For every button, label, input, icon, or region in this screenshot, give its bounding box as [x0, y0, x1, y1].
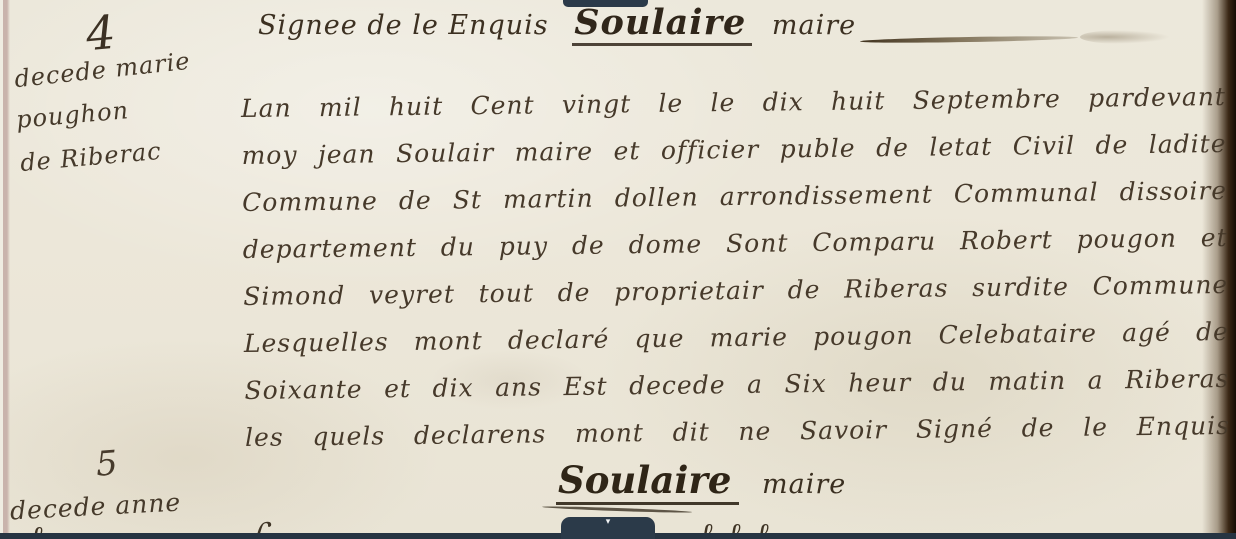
viewer-top-tab[interactable] [563, 0, 648, 7]
closing-signature-block: Soulaire maire [556, 458, 846, 505]
margin-entry-number: 5 [95, 443, 120, 484]
viewer-bottom-tab[interactable]: ▾ [561, 517, 655, 539]
margin-note-line: de Riberac [19, 137, 163, 177]
ink-smudge [1080, 30, 1170, 44]
margin-note-line: poughon [15, 96, 130, 134]
death-act-body: Lan mil huit Cent vingt le le dix huit S… [241, 73, 1231, 461]
attestation-line: Signee de le Enquis Soulaire maire [258, 2, 856, 43]
margin-note-line: decede anne [9, 488, 182, 526]
page-edge-left [0, 0, 10, 539]
margin-entry-number: 4 [84, 5, 119, 61]
mayor-signature: Soulaire [572, 2, 752, 46]
mayor-signature: Soulaire [556, 458, 739, 505]
ink-dash-stroke [860, 35, 1078, 44]
collapse-caret-icon: ▾ [606, 517, 611, 527]
attestation-title: maire [772, 10, 856, 41]
attestation-text: Signee de le Enquis [258, 10, 549, 41]
document-scan: 4 decede marie poughon de Riberac Signee… [0, 0, 1236, 539]
signature-title: maire [762, 469, 846, 500]
